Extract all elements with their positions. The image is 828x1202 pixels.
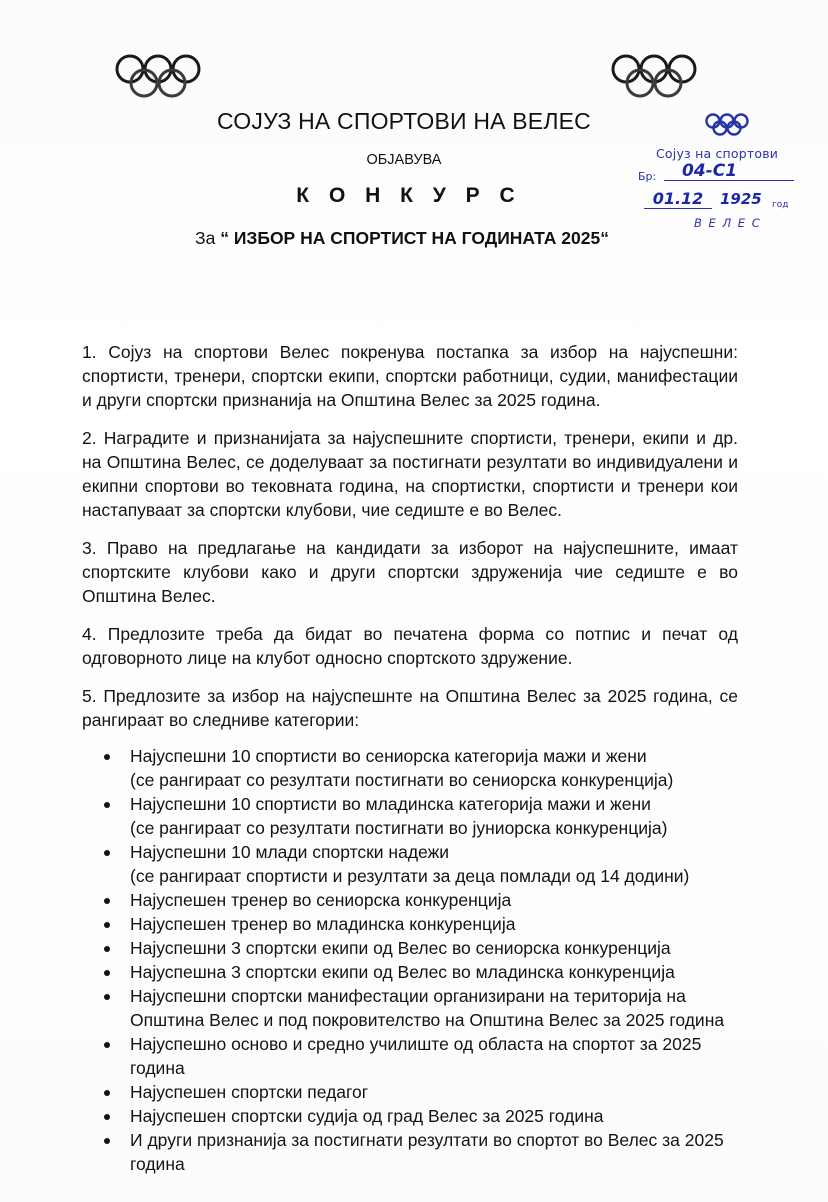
- list-item: Најуспешен спортски судија од град Велес…: [82, 1104, 738, 1128]
- paragraph-1: 1. Сојуз на спортови Велес покренува пос…: [82, 340, 738, 412]
- list-item: Најуспешни 10 спортисти во младинска кат…: [82, 792, 738, 840]
- stamp-organization: Сојуз на спортови: [656, 146, 778, 161]
- list-item: Најуспешни 10 млади спортски надежи (се …: [82, 840, 738, 888]
- list-item: Најуспешен тренер во младинска конкуренц…: [82, 912, 738, 936]
- category-title: Најуспешни спортски манифестации организ…: [130, 986, 724, 1030]
- category-title: Најуспешни 10 спортисти во сениорска кат…: [130, 746, 647, 766]
- stamp-date: 01.12: [644, 190, 712, 209]
- stamp-year: 1925: [720, 190, 762, 208]
- olympic-rings-logo-left: [112, 52, 208, 100]
- list-item: Најуспешен спортски педагог: [82, 1080, 738, 1104]
- category-title: Најуспешни 10 млади спортски надежи: [130, 842, 449, 862]
- document-page: СОЈУЗ НА СПОРТОВИ НА ВЕЛЕС ОБЈАВУВА К О …: [0, 0, 828, 1202]
- olympic-rings-logo-right: [608, 52, 704, 100]
- list-item: Најуспешен тренер во сениорска конкуренц…: [82, 888, 738, 912]
- category-title: Најуспешен тренер во младинска конкуренц…: [130, 914, 515, 934]
- registration-stamp: Сојуз на спортови Бр: 04-С1 01.12 1925 г…: [620, 112, 800, 236]
- olympic-rings-icon: [112, 52, 208, 100]
- category-note: (се рангираат спортисти и резултати за д…: [130, 864, 738, 888]
- stamp-emblem: [704, 112, 752, 138]
- stamp-number-label: Бр:: [638, 170, 656, 183]
- bullet-icon: [104, 850, 110, 856]
- category-note: (се рангираат со резултати постигнати во…: [130, 816, 738, 840]
- paragraph-5: 5. Предлозите за избор на најуспешнте на…: [82, 684, 738, 732]
- stamp-city: В Е Л Е С: [694, 216, 761, 230]
- list-item: Најуспешни 10 спортисти во сениорска кат…: [82, 744, 738, 792]
- bullet-icon: [104, 922, 110, 928]
- paragraph-3: 3. Право на предлагање на кандидати за и…: [82, 536, 738, 608]
- stamp-year-suffix: год: [772, 200, 788, 210]
- stamp-number-value: 04-С1: [664, 162, 794, 181]
- category-title: Најуспешно осново и средно училиште од о…: [130, 1034, 701, 1078]
- bullet-icon: [104, 1114, 110, 1120]
- category-title: Најуспешен тренер во сениорска конкуренц…: [130, 890, 511, 910]
- category-title: И други признанија за постигнати резулта…: [130, 1130, 724, 1174]
- category-title: Најуспешен спортски судија од град Велес…: [130, 1106, 604, 1126]
- bullet-icon: [104, 754, 110, 760]
- paragraph-2: 2. Наградите и признанијата за најуспешн…: [82, 426, 738, 522]
- olympic-rings-icon: [704, 112, 752, 138]
- bullet-icon: [104, 994, 110, 1000]
- bullet-icon: [104, 802, 110, 808]
- bullet-icon: [104, 946, 110, 952]
- list-item: Најуспешно осново и средно училиште од о…: [82, 1032, 738, 1080]
- paragraph-4: 4. Предлозите треба да бидат во печатена…: [82, 622, 738, 670]
- bullet-icon: [104, 970, 110, 976]
- category-note: (се рангираат со резултати постигнати во…: [130, 768, 738, 792]
- bullet-icon: [104, 898, 110, 904]
- bullet-icon: [104, 1042, 110, 1048]
- list-item: Најуспешни спортски манифестации организ…: [82, 984, 738, 1032]
- category-list: Најуспешни 10 спортисти во сениорска кат…: [82, 744, 738, 1176]
- category-title: Најуспешна 3 спортски екипи од Велес во …: [130, 962, 675, 982]
- bullet-icon: [104, 1138, 110, 1144]
- list-item: Најуспешна 3 спортски екипи од Велес во …: [82, 960, 738, 984]
- list-item: Најуспешни 3 спортски екипи од Велес во …: [82, 936, 738, 960]
- subtitle-main: “ ИЗБОР НА СПОРТИСТ НА ГОДИНАТА 2025“: [220, 228, 609, 248]
- category-title: Најуспешен спортски педагог: [130, 1082, 368, 1102]
- category-title: Најуспешни 10 спортисти во младинска кат…: [130, 794, 651, 814]
- document-body: 1. Сојуз на спортови Велес покренува пос…: [82, 340, 738, 1176]
- bullet-icon: [104, 1090, 110, 1096]
- category-title: Најуспешни 3 спортски екипи од Велес во …: [130, 938, 671, 958]
- list-item: И други признанија за постигнати резулта…: [82, 1128, 738, 1176]
- subtitle-prefix: За: [195, 228, 215, 248]
- olympic-rings-icon: [608, 52, 704, 100]
